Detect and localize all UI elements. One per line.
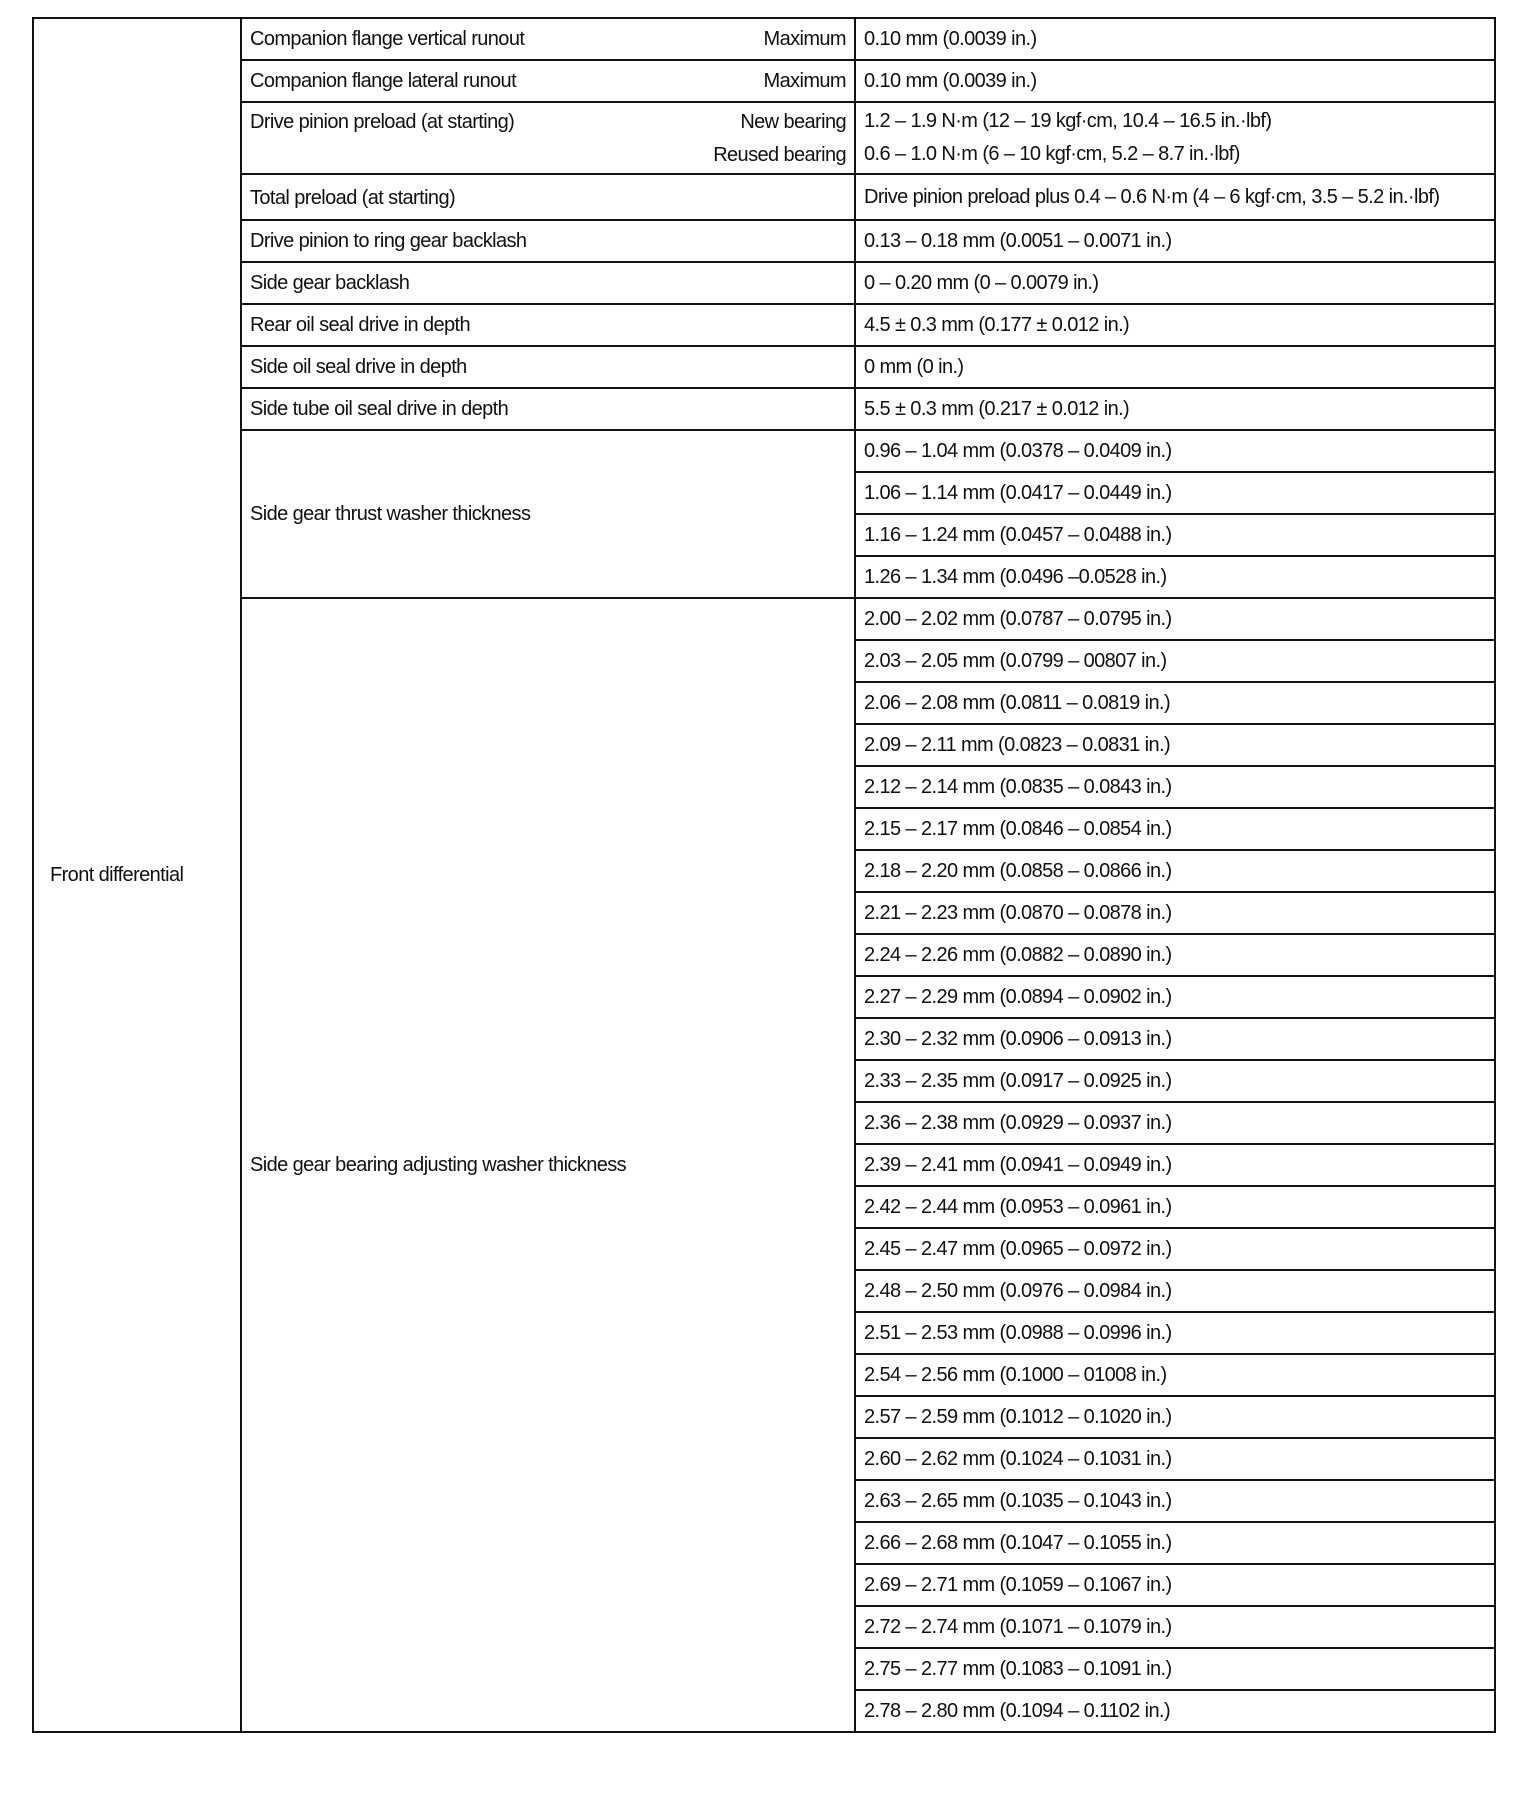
spec-value: 5.5 ± 0.3 mm (0.217 ± 0.012 in.) (855, 388, 1495, 430)
thrust-washer-value: 0.96 – 1.04 mm (0.0378 – 0.0409 in.) (855, 430, 1495, 472)
bearing-washer-value: 2.57 – 2.59 mm (0.1012 – 0.1020 in.) (855, 1396, 1495, 1438)
table-row: Side gear thrust washer thickness0.96 – … (33, 430, 1495, 472)
thrust-washer-value: 1.26 – 1.34 mm (0.0496 –0.0528 in.) (855, 556, 1495, 598)
thrust-washer-value: 1.16 – 1.24 mm (0.0457 – 0.0488 in.) (855, 514, 1495, 556)
bearing-washer-value: 2.60 – 2.62 mm (0.1024 – 0.1031 in.) (855, 1438, 1495, 1480)
bearing-washer-value: 2.63 – 2.65 mm (0.1035 – 0.1043 in.) (855, 1480, 1495, 1522)
bearing-washer-value: 2.03 – 2.05 mm (0.0799 – 00807 in.) (855, 640, 1495, 682)
spec-item-label: Drive pinion preload (at starting) (250, 106, 514, 139)
bearing-washer-value: 2.30 – 2.32 mm (0.0906 – 0.0913 in.) (855, 1018, 1495, 1060)
bearing-washer-value: 2.15 – 2.17 mm (0.0846 – 0.0854 in.) (855, 808, 1495, 850)
bearing-washer-value: 2.09 – 2.11 mm (0.0823 – 0.0831 in.) (855, 724, 1495, 766)
bearing-washer-value: 2.42 – 2.44 mm (0.0953 – 0.0961 in.) (855, 1186, 1495, 1228)
table-row: Side gear backlash 0 – 0.20 mm (0 – 0.00… (33, 262, 1495, 304)
bearing-washer-value: 2.51 – 2.53 mm (0.0988 – 0.0996 in.) (855, 1312, 1495, 1354)
spec-item-cell: Drive pinion preload (at starting) New b… (241, 102, 855, 174)
bearing-washer-value: 2.18 – 2.20 mm (0.0858 – 0.0866 in.) (855, 850, 1495, 892)
table-row: Drive pinion to ring gear backlash 0.13 … (33, 220, 1495, 262)
spec-value: 0 mm (0 in.) (855, 346, 1495, 388)
table-row: Side tube oil seal drive in depth 5.5 ± … (33, 388, 1495, 430)
section-label: Front differential (33, 18, 241, 1732)
spec-value: 0.10 mm (0.0039 in.) (855, 18, 1495, 60)
spec-item-cell: Companion flange vertical runout Maximum (241, 18, 855, 60)
spec-value: 0.13 – 0.18 mm (0.0051 – 0.0071 in.) (855, 220, 1495, 262)
table-row: Companion flange lateral runout Maximum … (33, 60, 1495, 102)
front-differential-spec-table: Front differential Companion flange vert… (32, 17, 1496, 1733)
bearing-washer-value: 2.48 – 2.50 mm (0.0976 – 0.0984 in.) (855, 1270, 1495, 1312)
spec-qualifier-stack: New bearing Reused bearing (713, 106, 846, 172)
spec-value: 0.10 mm (0.0039 in.) (855, 60, 1495, 102)
bearing-washer-value: 2.06 – 2.08 mm (0.0811 – 0.0819 in.) (855, 682, 1495, 724)
spec-item-label: Companion flange vertical runout (250, 23, 524, 56)
bearing-washer-value: 2.36 – 2.38 mm (0.0929 – 0.0937 in.) (855, 1102, 1495, 1144)
table-row: Total preload (at starting) Drive pinion… (33, 174, 1495, 220)
spec-qualifier: Maximum (764, 23, 846, 56)
table-row: Side gear bearing adjusting washer thick… (33, 598, 1495, 640)
spec-qualifier: Maximum (764, 65, 846, 98)
table-row: Side oil seal drive in depth 0 mm (0 in.… (33, 346, 1495, 388)
bearing-washer-value: 2.00 – 2.02 mm (0.0787 – 0.0795 in.) (855, 598, 1495, 640)
spec-table-body: Front differential Companion flange vert… (33, 18, 1495, 1732)
bearing-washer-value: 2.69 – 2.71 mm (0.1059 – 0.1067 in.) (855, 1564, 1495, 1606)
spec-value-reused-bearing: 0.6 – 1.0 N·m (6 – 10 kgf·cm, 5.2 – 8.7 … (864, 138, 1486, 171)
spec-qualifier-new-bearing: New bearing (740, 106, 846, 139)
spec-value-new-bearing: 1.2 – 1.9 N·m (12 – 19 kgf·cm, 10.4 – 16… (864, 105, 1486, 138)
spec-item-label: Side gear backlash (241, 262, 855, 304)
bearing-washer-value: 2.54 – 2.56 mm (0.1000 – 01008 in.) (855, 1354, 1495, 1396)
spec-qualifier-reused-bearing: Reused bearing (713, 139, 846, 172)
bearing-washer-value: 2.39 – 2.41 mm (0.0941 – 0.0949 in.) (855, 1144, 1495, 1186)
spec-item-label: Rear oil seal drive in depth (241, 304, 855, 346)
bearing-washer-value: 2.72 – 2.74 mm (0.1071 – 0.1079 in.) (855, 1606, 1495, 1648)
spec-value: 0 – 0.20 mm (0 – 0.0079 in.) (855, 262, 1495, 304)
table-row: Drive pinion preload (at starting) New b… (33, 102, 1495, 174)
spec-value: Drive pinion preload plus 0.4 – 0.6 N·m … (855, 174, 1495, 220)
spec-value: 4.5 ± 0.3 mm (0.177 ± 0.012 in.) (855, 304, 1495, 346)
bearing-washer-value: 2.27 – 2.29 mm (0.0894 – 0.0902 in.) (855, 976, 1495, 1018)
bearing-washer-value: 2.75 – 2.77 mm (0.1083 – 0.1091 in.) (855, 1648, 1495, 1690)
spec-value-cell: 1.2 – 1.9 N·m (12 – 19 kgf·cm, 10.4 – 16… (855, 102, 1495, 174)
table-row: Front differential Companion flange vert… (33, 18, 1495, 60)
bearing-washer-value: 2.78 – 2.80 mm (0.1094 – 0.1102 in.) (855, 1690, 1495, 1732)
bearing-washer-value: 2.45 – 2.47 mm (0.0965 – 0.0972 in.) (855, 1228, 1495, 1270)
bearing-washer-value: 2.21 – 2.23 mm (0.0870 – 0.0878 in.) (855, 892, 1495, 934)
bearing-washer-value: 2.33 – 2.35 mm (0.0917 – 0.0925 in.) (855, 1060, 1495, 1102)
bearing-washer-item-label: Side gear bearing adjusting washer thick… (241, 598, 855, 1732)
bearing-washer-value: 2.66 – 2.68 mm (0.1047 – 0.1055 in.) (855, 1522, 1495, 1564)
spec-item-cell: Total preload (at starting) (241, 174, 855, 220)
bearing-washer-value: 2.12 – 2.14 mm (0.0835 – 0.0843 in.) (855, 766, 1495, 808)
thrust-washer-value: 1.06 – 1.14 mm (0.0417 – 0.0449 in.) (855, 472, 1495, 514)
spec-item-label: Total preload (at starting) (250, 187, 455, 209)
spec-item-cell: Companion flange lateral runout Maximum (241, 60, 855, 102)
table-row: Rear oil seal drive in depth 4.5 ± 0.3 m… (33, 304, 1495, 346)
spec-item-label: Drive pinion to ring gear backlash (241, 220, 855, 262)
bearing-washer-value: 2.24 – 2.26 mm (0.0882 – 0.0890 in.) (855, 934, 1495, 976)
spec-item-label: Side oil seal drive in depth (241, 346, 855, 388)
spec-item-label: Companion flange lateral runout (250, 65, 516, 98)
thrust-washer-item-label: Side gear thrust washer thickness (241, 430, 855, 598)
spec-item-label: Side tube oil seal drive in depth (241, 388, 855, 430)
